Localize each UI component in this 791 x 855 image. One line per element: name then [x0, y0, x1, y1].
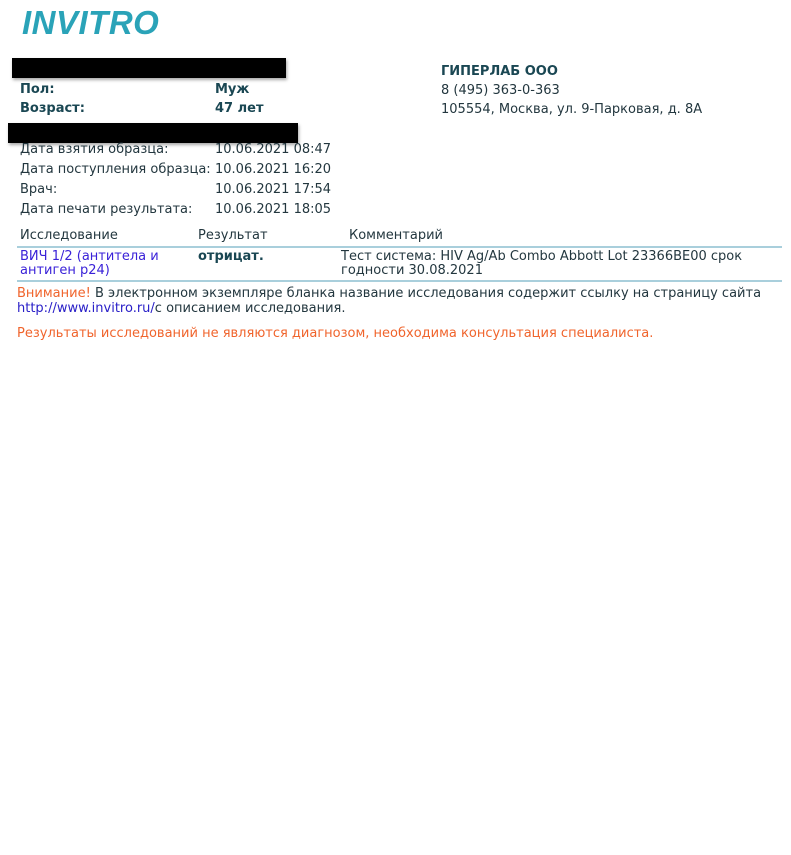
date-label: Дата взятия образца:	[20, 140, 168, 160]
site-link[interactable]: http://www.invitro.ru/	[17, 301, 155, 316]
disclaimer: Результаты исследований не являются диаг…	[17, 326, 653, 341]
date-value: 10.06.2021 17:54	[215, 180, 331, 200]
notice: Внимание! В электронном экземпляре бланк…	[17, 286, 777, 316]
age-label: Возраст:	[20, 99, 85, 119]
age-value: 47 лет	[215, 99, 264, 119]
lab-name: ГИПЕРЛАБ ООО	[441, 62, 702, 81]
redacted-patient-name	[12, 58, 286, 78]
invitro-logo: INVITRO	[22, 4, 159, 42]
date-value: 10.06.2021 18:05	[215, 200, 331, 220]
lab-address: 105554, Москва, ул. 9-Парковая, д. 8А	[441, 100, 702, 119]
test-comment: Тест система: HIV Ag/Ab Combo Abbott Lot…	[341, 250, 781, 278]
results-table: Исследование Результат Комментарий ВИЧ 1…	[17, 227, 782, 282]
warning-label: Внимание!	[17, 286, 91, 301]
lab-phone: 8 (495) 363-0-363	[441, 81, 702, 100]
header-comment: Комментарий	[349, 228, 443, 243]
results-header: Исследование Результат Комментарий	[17, 227, 782, 248]
sex-value: Муж	[215, 80, 249, 100]
date-label: Дата поступления образца:	[20, 160, 211, 180]
date-value: 10.06.2021 16:20	[215, 160, 331, 180]
notice-text: В электронном экземпляре бланка название…	[91, 286, 761, 301]
test-name-link[interactable]: ВИЧ 1/2 (антитела и антиген р24)	[20, 250, 185, 278]
header-test: Исследование	[20, 228, 118, 243]
table-row: ВИЧ 1/2 (антитела и антиген р24) отрицат…	[17, 248, 782, 282]
sex-label: Пол:	[20, 80, 55, 100]
date-label: Дата печати результата:	[20, 200, 192, 220]
header-result: Результат	[198, 228, 268, 243]
test-result: отрицат.	[198, 250, 264, 264]
date-label: Врач:	[20, 180, 57, 200]
date-value: 10.06.2021 08:47	[215, 140, 331, 160]
lab-info: ГИПЕРЛАБ ООО 8 (495) 363-0-363 105554, М…	[441, 62, 702, 119]
notice-text-after: с описанием исследования.	[155, 301, 346, 316]
